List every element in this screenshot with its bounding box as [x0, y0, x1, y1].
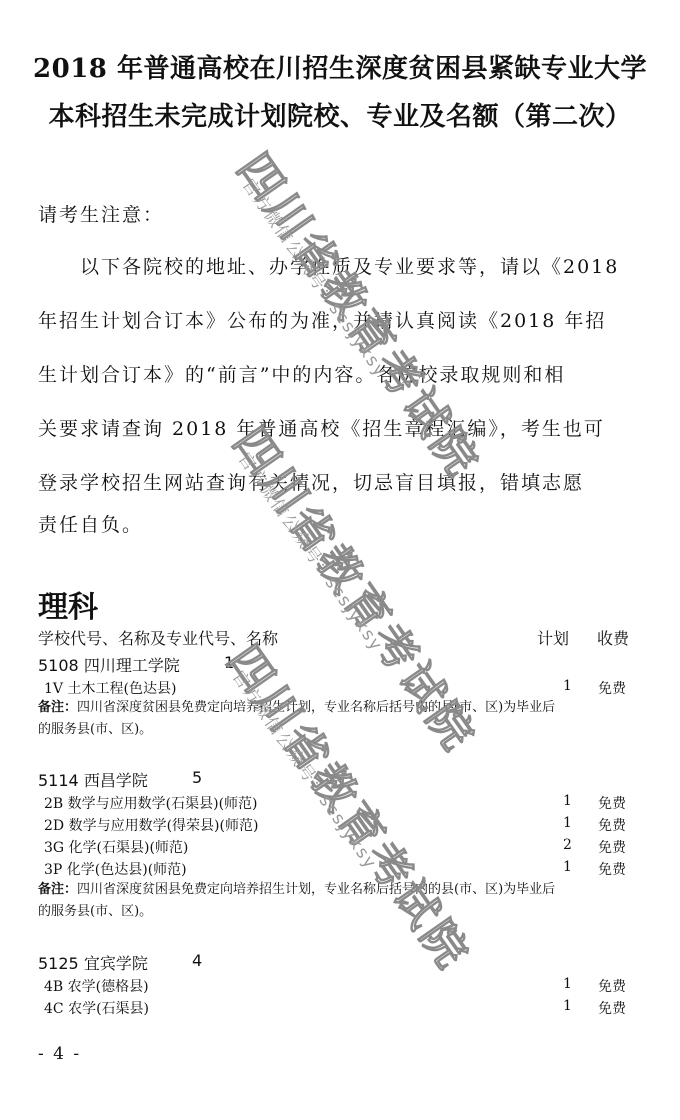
major-code: 2B [44, 796, 63, 812]
column-header-plan: 计划 [537, 626, 569, 649]
major-name: 土木工程(色达县) [67, 681, 176, 697]
notice-line: 登录学校招生网站查询有关情况，切忌盲目填报，错填志愿 [38, 468, 654, 495]
column-header-name: 学校代号、名称及专业代号、名称 [38, 626, 278, 649]
major-row: 4B 农学(德格县) [44, 976, 149, 996]
notice-line: 年招生计划合订本》公布的为准，并请认真阅读《2018 年招 [38, 306, 654, 333]
major-code: 2D [44, 818, 64, 834]
section-heading: 理科 [38, 582, 98, 626]
remark-text: 的服务县(市、区)。 [38, 904, 152, 919]
school-code: 5125 [38, 954, 79, 973]
remark-text: 四川省深度贫困县免费定向培养招生计划，专业名称后括号内的县(市、区)为毕业后 [77, 700, 555, 715]
major-code: 3G [44, 840, 64, 856]
major-row: 3P 化学(色达县)(师范) [44, 859, 187, 879]
major-fee: 免费 [598, 837, 626, 857]
remark-text: 四川省深度贫困县免费定向培养招生计划，专业名称后括号内的县(市、区)为毕业后 [77, 882, 555, 897]
page-title-line-1: 2018 年普通高校在川招生深度贫困县紧缺专业大学 [0, 48, 680, 85]
watermark-subtext: 官方微信公众号：scsjyksy [228, 664, 385, 874]
school-total: 4 [192, 951, 202, 970]
notice-line: 责任自负。 [38, 510, 654, 537]
major-name: 数学与应用数学(石渠县)(师范) [68, 796, 258, 812]
major-name: 农学(石渠县) [68, 1001, 149, 1017]
school-code: 5114 [38, 771, 79, 790]
major-plan: 1 [563, 976, 572, 992]
major-code: 1V [44, 681, 63, 697]
major-plan: 1 [563, 678, 572, 694]
school-row: 5125 宜宾学院 4 [38, 951, 148, 974]
major-row: 3G 化学(石渠县)(师范) [44, 837, 188, 857]
remark-label: 备注： [38, 882, 77, 897]
major-name: 数学与应用数学(得荣县)(师范) [69, 818, 259, 834]
major-fee: 免费 [598, 793, 626, 813]
major-row: 1V 土木工程(色达县) [44, 678, 176, 698]
major-row: 4C 农学(石渠县) [44, 998, 149, 1018]
major-plan: 1 [563, 998, 572, 1014]
major-name: 化学(色达县)(师范) [67, 862, 187, 878]
major-fee: 免费 [598, 678, 626, 698]
remark: 备注：四川省深度贫困县免费定向培养招生计划，专业名称后括号内的县(市、区)为毕业… [38, 879, 658, 923]
school-code: 5108 [38, 656, 79, 675]
page-title-line-2: 本科招生未完成计划院校、专业及名额（第二次） [0, 96, 680, 133]
major-row: 2D 数学与应用数学(得荣县)(师范) [44, 815, 258, 835]
column-header-fee: 收费 [597, 626, 629, 649]
major-fee: 免费 [598, 976, 626, 996]
school-total: 5 [192, 768, 202, 787]
major-fee: 免费 [598, 815, 626, 835]
page-number: - 4 - [38, 1044, 81, 1064]
remark-label: 备注： [38, 700, 77, 715]
school-row: 5108 四川理工学院 1 [38, 653, 180, 676]
notice-label: 请考生注意： [38, 200, 164, 227]
major-plan: 1 [563, 815, 572, 831]
school-name: 西昌学院 [84, 771, 148, 790]
school-row: 5114 西昌学院 5 [38, 768, 148, 791]
major-plan: 2 [563, 837, 572, 853]
major-name: 化学(石渠县)(师范) [69, 840, 189, 856]
major-row: 2B 数学与应用数学(石渠县)(师范) [44, 793, 258, 813]
school-name: 宜宾学院 [84, 954, 148, 973]
notice-line: 以下各院校的地址、办学性质及专业要求等，请以《2018 [38, 252, 654, 279]
notice-line: 生计划合订本》的“前言”中的内容。各院校录取规则和相 [38, 360, 654, 387]
major-code: 4B [44, 979, 63, 995]
major-code: 3P [44, 862, 62, 878]
notice-line: 关要求请查询 2018 年普通高校《招生章程汇编》，考生也可 [38, 414, 654, 441]
major-fee: 免费 [598, 859, 626, 879]
remark-text: 的服务县(市、区)。 [38, 722, 152, 737]
major-fee: 免费 [598, 998, 626, 1018]
remark: 备注：四川省深度贫困县免费定向培养招生计划，专业名称后括号内的县(市、区)为毕业… [38, 697, 658, 741]
major-plan: 1 [563, 793, 572, 809]
major-code: 4C [44, 1001, 64, 1017]
major-plan: 1 [563, 859, 572, 875]
school-total: 1 [224, 653, 234, 672]
major-name: 农学(德格县) [68, 979, 149, 995]
school-name: 四川理工学院 [84, 656, 180, 675]
